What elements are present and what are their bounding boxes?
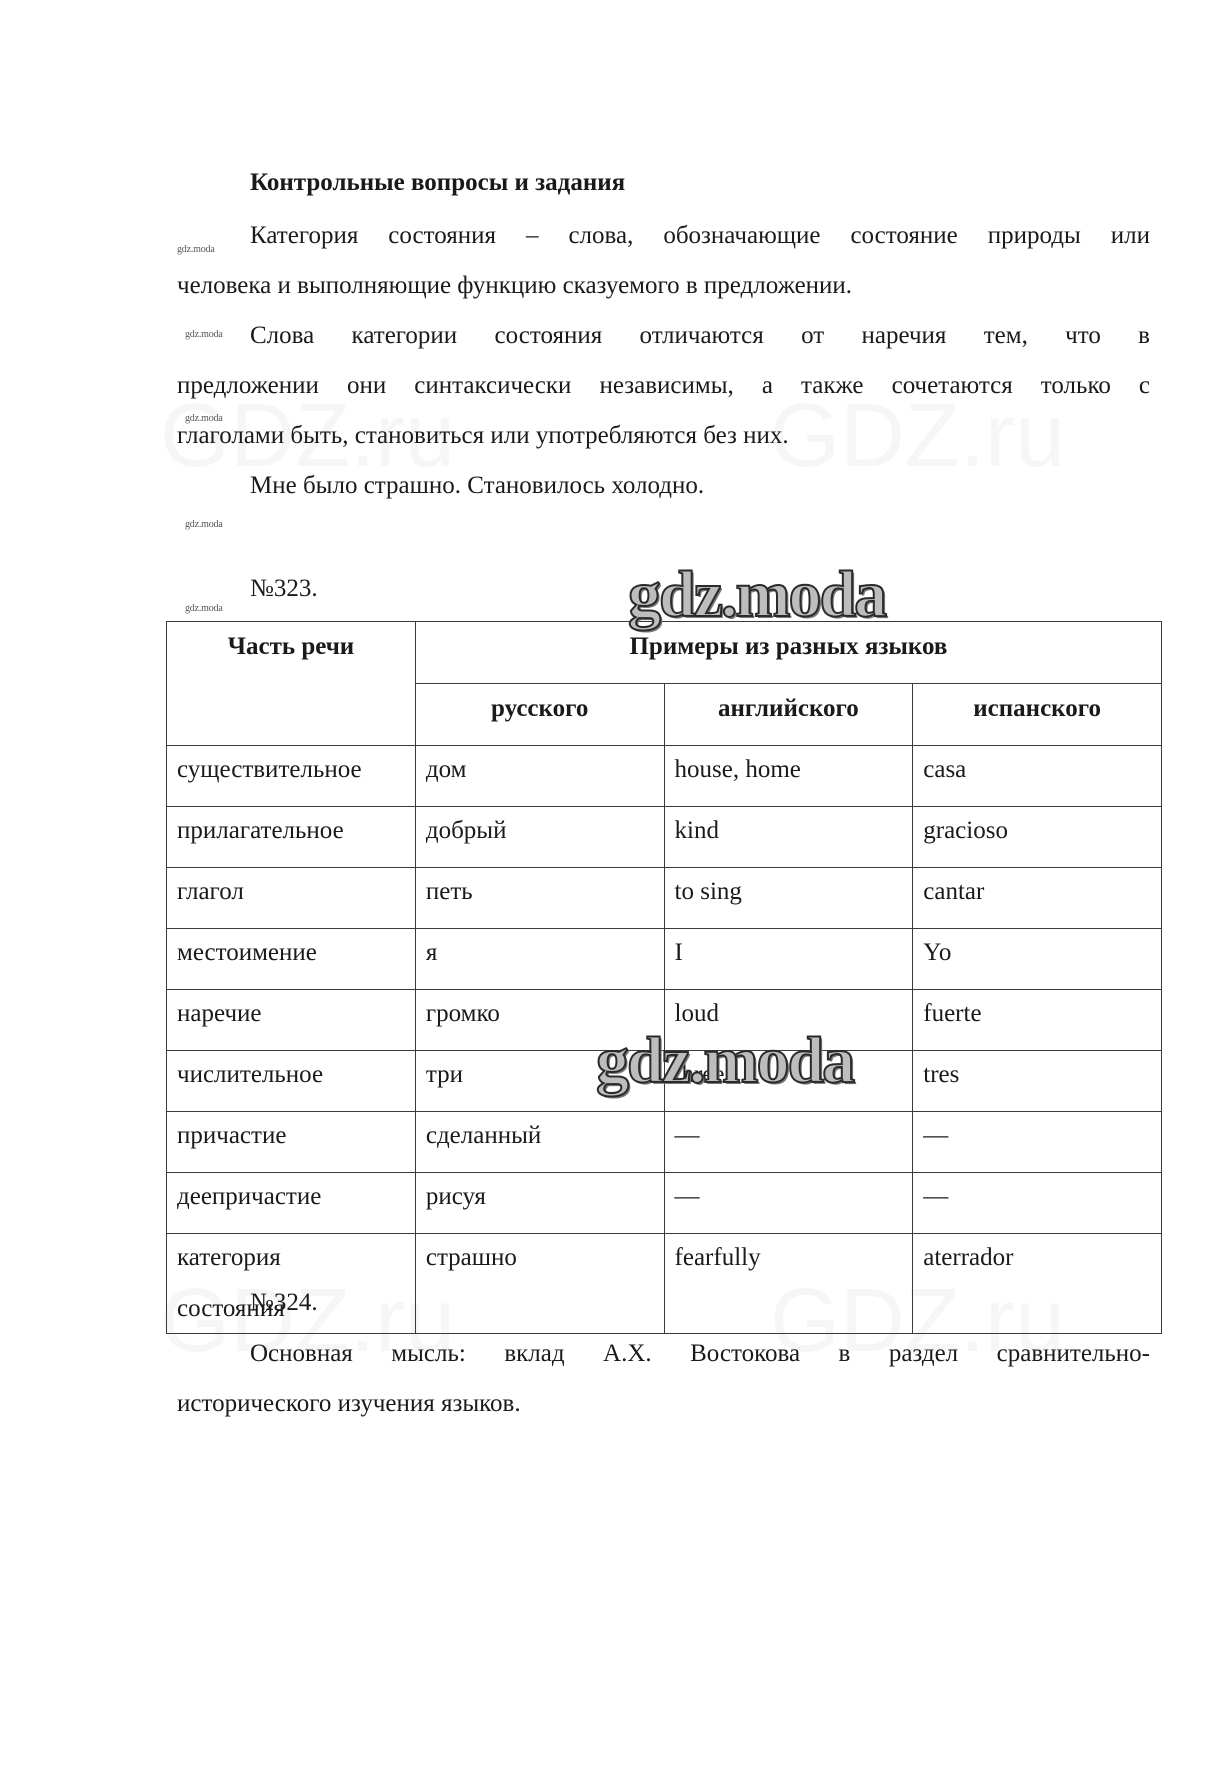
cell-text: глагол (177, 877, 405, 907)
paragraph-line: глаголами быть, становиться или употребл… (177, 421, 789, 451)
cell-text: существительное (177, 755, 405, 785)
document-page: GDZ.ru GDZ.ru GDZ.ru GDZ.ru Контрольные … (0, 0, 1231, 1777)
cell-spanish: aterrador (913, 1234, 1162, 1334)
cell-part-of-speech: числительное (167, 1051, 416, 1112)
cell-russian: сделанный (415, 1112, 664, 1173)
cell-spanish: fuerte (913, 990, 1162, 1051)
table-row: глаголпетьto singcantar (167, 868, 1162, 929)
cell-spanish: Yo (913, 929, 1162, 990)
header-spanish: испанского (913, 684, 1162, 746)
cell-russian: я (415, 929, 664, 990)
table-row: деепричастиерисуя—— (167, 1173, 1162, 1234)
cell-part-of-speech: существительное (167, 746, 416, 807)
paragraph-line: исторического изучения языков. (177, 1389, 521, 1419)
table-row: категориясостояниястрашноfearfullyaterra… (167, 1234, 1162, 1334)
large-watermark: gdz.moda (596, 1028, 853, 1094)
cell-text: деепричастие (177, 1182, 405, 1212)
small-watermark: gdz.moda (177, 244, 215, 255)
header-russian: русского (415, 684, 664, 746)
paragraph-line: Слова категории состояния отличаются от … (250, 321, 1150, 351)
cell-english: to sing (664, 868, 913, 929)
cell-part-of-speech: категориясостояния (167, 1234, 416, 1334)
cell-spanish: cantar (913, 868, 1162, 929)
cell-text: числительное (177, 1060, 405, 1090)
header-english: английского (664, 684, 913, 746)
paragraph-line: предложении они синтаксически независимы… (177, 371, 1150, 401)
cell-text: наречие (177, 999, 405, 1029)
cell-spanish: tres (913, 1051, 1162, 1112)
small-watermark: gdz.moda (185, 519, 223, 530)
table-row: местоимениеяIYo (167, 929, 1162, 990)
large-watermark: gdz.moda (628, 562, 885, 628)
small-watermark: gdz.moda (185, 329, 223, 340)
cell-part-of-speech: наречие (167, 990, 416, 1051)
table-row: прилагательноедобрыйkindgracioso (167, 807, 1162, 868)
cell-part-of-speech: глагол (167, 868, 416, 929)
paragraph-line: человека и выполняющие функцию сказуемог… (177, 271, 852, 301)
cell-russian: страшно (415, 1234, 664, 1334)
cell-russian: дом (415, 746, 664, 807)
small-watermark: gdz.moda (185, 603, 223, 614)
section-heading: Контрольные вопросы и задания (250, 168, 625, 198)
cell-text: категория (177, 1243, 405, 1273)
cell-text: прилагательное (177, 816, 405, 846)
cell-part-of-speech: прилагательное (167, 807, 416, 868)
cell-text: причастие (177, 1121, 405, 1151)
cell-text: состояния (177, 1294, 405, 1324)
cell-english: — (664, 1173, 913, 1234)
cell-russian: петь (415, 868, 664, 929)
cell-russian: добрый (415, 807, 664, 868)
header-part-of-speech: Часть речи (167, 622, 416, 746)
cell-part-of-speech: деепричастие (167, 1173, 416, 1234)
task-number: №323. (250, 574, 318, 604)
cell-part-of-speech: местоимение (167, 929, 416, 990)
cell-russian: рисуя (415, 1173, 664, 1234)
cell-spanish: gracioso (913, 807, 1162, 868)
cell-english: kind (664, 807, 913, 868)
paragraph-line: Категория состояния – слова, обозначающи… (250, 221, 1150, 251)
parts-of-speech-table: Часть речи Примеры из разных языков русс… (166, 621, 1162, 1334)
paragraph-line: Основная мысль: вклад А.Х. Востокова в р… (250, 1339, 1150, 1369)
cell-english: fearfully (664, 1234, 913, 1334)
cell-spanish: — (913, 1112, 1162, 1173)
cell-part-of-speech: причастие (167, 1112, 416, 1173)
cell-english: I (664, 929, 913, 990)
table-row: причастиесделанный—— (167, 1112, 1162, 1173)
cell-text: местоимение (177, 938, 405, 968)
table-row: существительноедомhouse, homecasa (167, 746, 1162, 807)
example-sentence: Мне было страшно. Становилось холодно. (250, 471, 704, 501)
cell-spanish: casa (913, 746, 1162, 807)
cell-english: — (664, 1112, 913, 1173)
cell-english: house, home (664, 746, 913, 807)
cell-spanish: — (913, 1173, 1162, 1234)
